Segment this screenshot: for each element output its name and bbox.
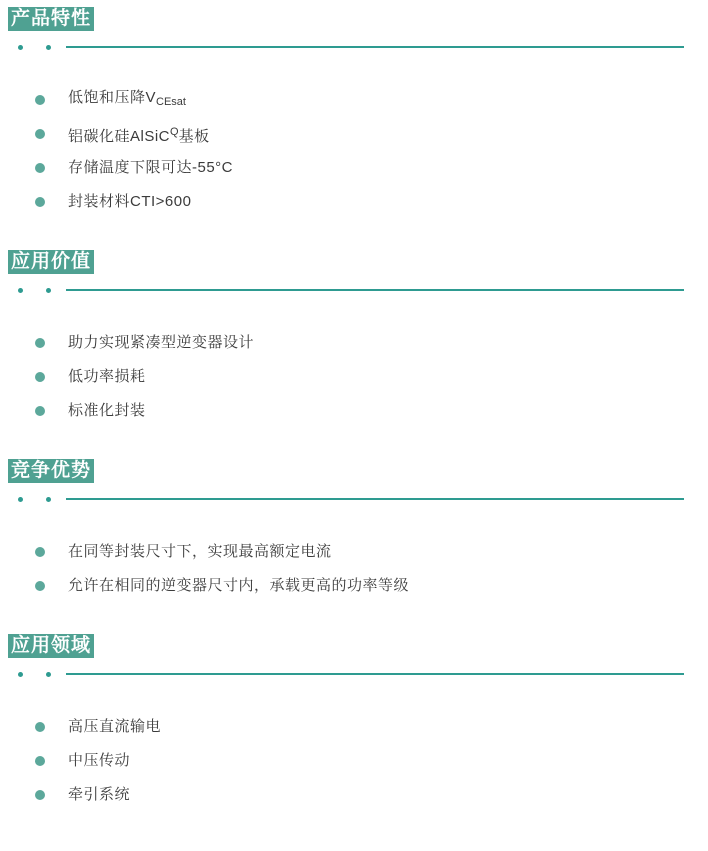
section-title-badge: 竞争优势 [8, 459, 94, 483]
list-item: 在同等封装尺寸下，实现最高额定电流 [0, 542, 708, 562]
product-info-page: 产品特性 低饱和压降VCEsat 铝碳化硅AlSiCQ基板 存储温度下限可达-5… [0, 0, 708, 805]
bullet-icon [35, 581, 45, 591]
divider-dot-icon [46, 288, 51, 293]
divider-dot-icon [18, 288, 23, 293]
bullet-icon [35, 338, 45, 348]
divider-dot-icon [46, 672, 51, 677]
text-segment: 牵引系统 [68, 786, 130, 803]
section-divider [0, 44, 708, 50]
list-item-text: 低功率损耗 [68, 367, 146, 387]
list-item-text: 低饱和压降VCEsat [68, 88, 186, 112]
text-segment: CEsat [156, 96, 186, 108]
list-item: 允许在相同的逆变器尺寸内，承载更高的功率等级 [0, 576, 708, 596]
text-segment: 允许在相同的逆变器尺寸内，承载更高的功率等级 [68, 577, 409, 594]
list-item-text: 标准化封装 [68, 401, 146, 421]
list-item-text: 铝碳化硅AlSiCQ基板 [68, 122, 210, 147]
text-segment: Q [170, 126, 179, 138]
list-item: 封装材料CTI>600 [0, 192, 708, 212]
text-segment: 基板 [179, 128, 210, 145]
divider-line [66, 289, 684, 291]
bullet-icon [35, 372, 45, 382]
divider-dot-icon [18, 672, 23, 677]
list-item-text: 在同等封装尺寸下，实现最高额定电流 [68, 542, 332, 562]
list-item: 高压直流输电 [0, 717, 708, 737]
bullet-icon [35, 790, 45, 800]
bullet-icon [35, 547, 45, 557]
list-item-text: 牵引系统 [68, 785, 130, 805]
text-segment: 低功率损耗 [68, 368, 146, 385]
feature-list: 低饱和压降VCEsat 铝碳化硅AlSiCQ基板 存储温度下限可达-55°C 封… [0, 90, 708, 212]
section-divider [0, 496, 708, 502]
section-divider [0, 671, 708, 677]
content-section: 竞争优势 在同等封装尺寸下，实现最高额定电流 允许在相同的逆变器尺寸内，承载更高… [0, 459, 708, 596]
text-segment: 在同等封装尺寸下，实现最高额定电流 [68, 543, 332, 560]
list-item-text: 封装材料CTI>600 [68, 192, 191, 212]
list-item: 中压传动 [0, 751, 708, 771]
section-title-badge: 产品特性 [8, 7, 94, 31]
bullet-icon [35, 95, 45, 105]
list-item-text: 允许在相同的逆变器尺寸内，承载更高的功率等级 [68, 576, 409, 596]
content-section: 产品特性 低饱和压降VCEsat 铝碳化硅AlSiCQ基板 存储温度下限可达-5… [0, 7, 708, 212]
section-title-badge: 应用价值 [8, 250, 94, 274]
feature-list: 高压直流输电 中压传动 牵引系统 [0, 717, 708, 805]
text-segment: 存储温度下限可达-55°C [68, 159, 233, 176]
list-item-text: 存储温度下限可达-55°C [68, 158, 233, 178]
list-item: 标准化封装 [0, 401, 708, 421]
list-item: 存储温度下限可达-55°C [0, 158, 708, 178]
feature-list: 助力实现紧凑型逆变器设计 低功率损耗 标准化封装 [0, 333, 708, 421]
list-item: 助力实现紧凑型逆变器设计 [0, 333, 708, 353]
bullet-icon [35, 163, 45, 173]
divider-dot-icon [46, 497, 51, 502]
text-segment: 助力实现紧凑型逆变器设计 [68, 334, 254, 351]
section-divider [0, 287, 708, 293]
bullet-icon [35, 129, 45, 139]
divider-dot-icon [18, 497, 23, 502]
list-item-text: 助力实现紧凑型逆变器设计 [68, 333, 254, 353]
bullet-icon [35, 406, 45, 416]
text-segment: 铝碳化硅AlSiC [68, 128, 170, 145]
bullet-icon [35, 197, 45, 207]
text-segment: 封装材料CTI>600 [68, 193, 191, 210]
text-segment: 标准化封装 [68, 402, 146, 419]
content-section: 应用价值 助力实现紧凑型逆变器设计 低功率损耗 标准化封装 [0, 250, 708, 421]
list-item: 铝碳化硅AlSiCQ基板 [0, 124, 708, 144]
divider-dot-icon [46, 45, 51, 50]
divider-line [66, 498, 684, 500]
divider-line [66, 673, 684, 675]
list-item: 低饱和压降VCEsat [0, 90, 708, 110]
divider-dot-icon [18, 45, 23, 50]
bullet-icon [35, 756, 45, 766]
content-section: 应用领域 高压直流输电 中压传动 牵引系统 [0, 634, 708, 805]
bullet-icon [35, 722, 45, 732]
divider-line [66, 46, 684, 48]
section-title-badge: 应用领域 [8, 634, 94, 658]
feature-list: 在同等封装尺寸下，实现最高额定电流 允许在相同的逆变器尺寸内，承载更高的功率等级 [0, 542, 708, 596]
text-segment: 中压传动 [68, 752, 130, 769]
list-item: 低功率损耗 [0, 367, 708, 387]
text-segment: 低饱和压降V [68, 89, 156, 106]
list-item-text: 高压直流输电 [68, 717, 161, 737]
text-segment: 高压直流输电 [68, 718, 161, 735]
list-item: 牵引系统 [0, 785, 708, 805]
list-item-text: 中压传动 [68, 751, 130, 771]
